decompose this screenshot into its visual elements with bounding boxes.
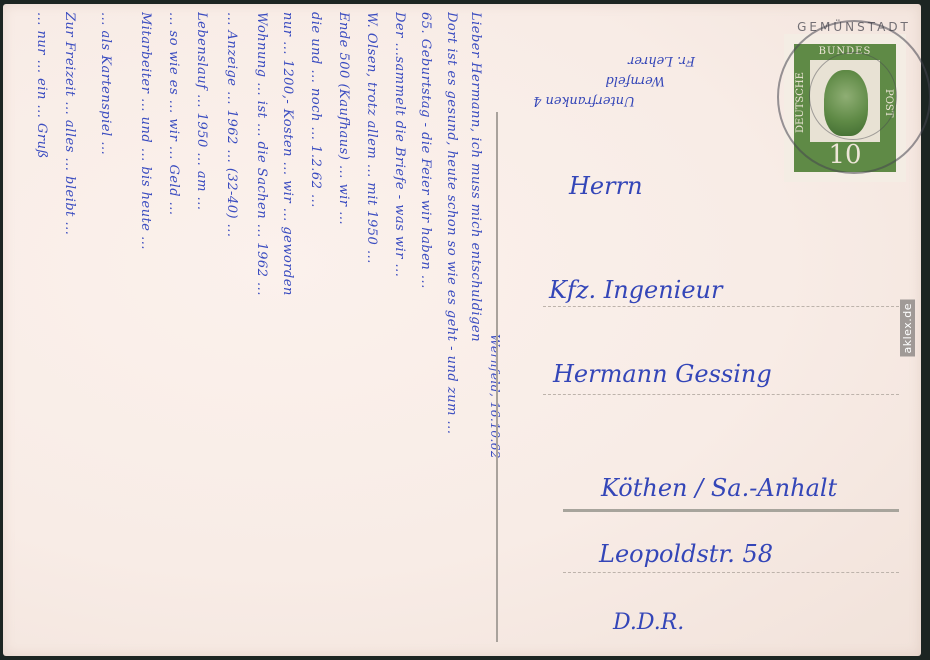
message-line: W. Olsen, trotz allem ... mit 1950 ... [361, 12, 381, 652]
recipient-city: Köthen / Sa.-Anhalt [601, 474, 837, 502]
address-line [543, 306, 899, 307]
message-line: Ende 500 (Kaufhaus) ... wir ... [333, 12, 353, 652]
sender-line: Fr. Lehrer [515, 50, 695, 70]
postmark-text: GEMÜNSTADT [779, 20, 929, 34]
message-line: Lebenslauf ... 1950 ... am ... [191, 12, 211, 652]
divider-line [496, 112, 498, 642]
recipient-street: Leopoldstr. 58 [599, 540, 773, 568]
message-line: Zur Freizeit ... alles ... bleibt ... [59, 12, 79, 652]
message-line: Der ...sammelt die Briefe - was wir ... [389, 12, 409, 652]
recipient-salutation: Herrn [569, 172, 643, 200]
recipient-country: D.D.R. [613, 610, 684, 635]
message-line: Lieber Hermann, ich muss mich entschuldi… [465, 12, 485, 652]
sender-line: Wernfeld [515, 70, 695, 90]
watermark: aklex.de [900, 300, 915, 357]
message-line: ... als Kartenspiel ... [95, 12, 115, 652]
recipient-name: Hermann Gessing [553, 360, 772, 388]
message-line: ... nur ... ein ... Gruß [31, 12, 51, 652]
postmark: GEMÜNSTADT [777, 20, 930, 174]
message-line: nur ... 1200,- Kosten ... wir ... geword… [277, 12, 297, 652]
postmark-inner-ring [809, 52, 897, 140]
address-line-underlined [563, 509, 899, 512]
address-line [543, 394, 899, 395]
message-line: Dort ist es gesund, heute schon so wie e… [441, 12, 461, 652]
message-line: ... so wie es ... wir ... Geld ... [163, 12, 183, 652]
message-date: Wernfeld, 16.10.62 [485, 334, 505, 534]
message-line: Mitarbeiter ... und ... bis heute ... [135, 12, 155, 652]
address-line [563, 572, 899, 573]
recipient-title: Kfz. Ingenieur [549, 276, 722, 304]
message-line: die und ... noch ... 1.2.62 ... [305, 12, 325, 652]
message-line: ... Anzeige ... 1962 ... (32-40) ... [221, 12, 241, 652]
message-line: 65. Geburtstag - die Feier wir haben ... [415, 12, 435, 652]
sender-note: Unterfranken 4 Wernfeld Fr. Lehrer [515, 50, 695, 110]
sender-line: Unterfranken 4 [515, 90, 695, 110]
postcard: Lieber Hermann, ich muss mich entschuldi… [3, 4, 921, 656]
message-line: Wohnung ... ist ... die Sachen ... 1962 … [251, 12, 271, 652]
